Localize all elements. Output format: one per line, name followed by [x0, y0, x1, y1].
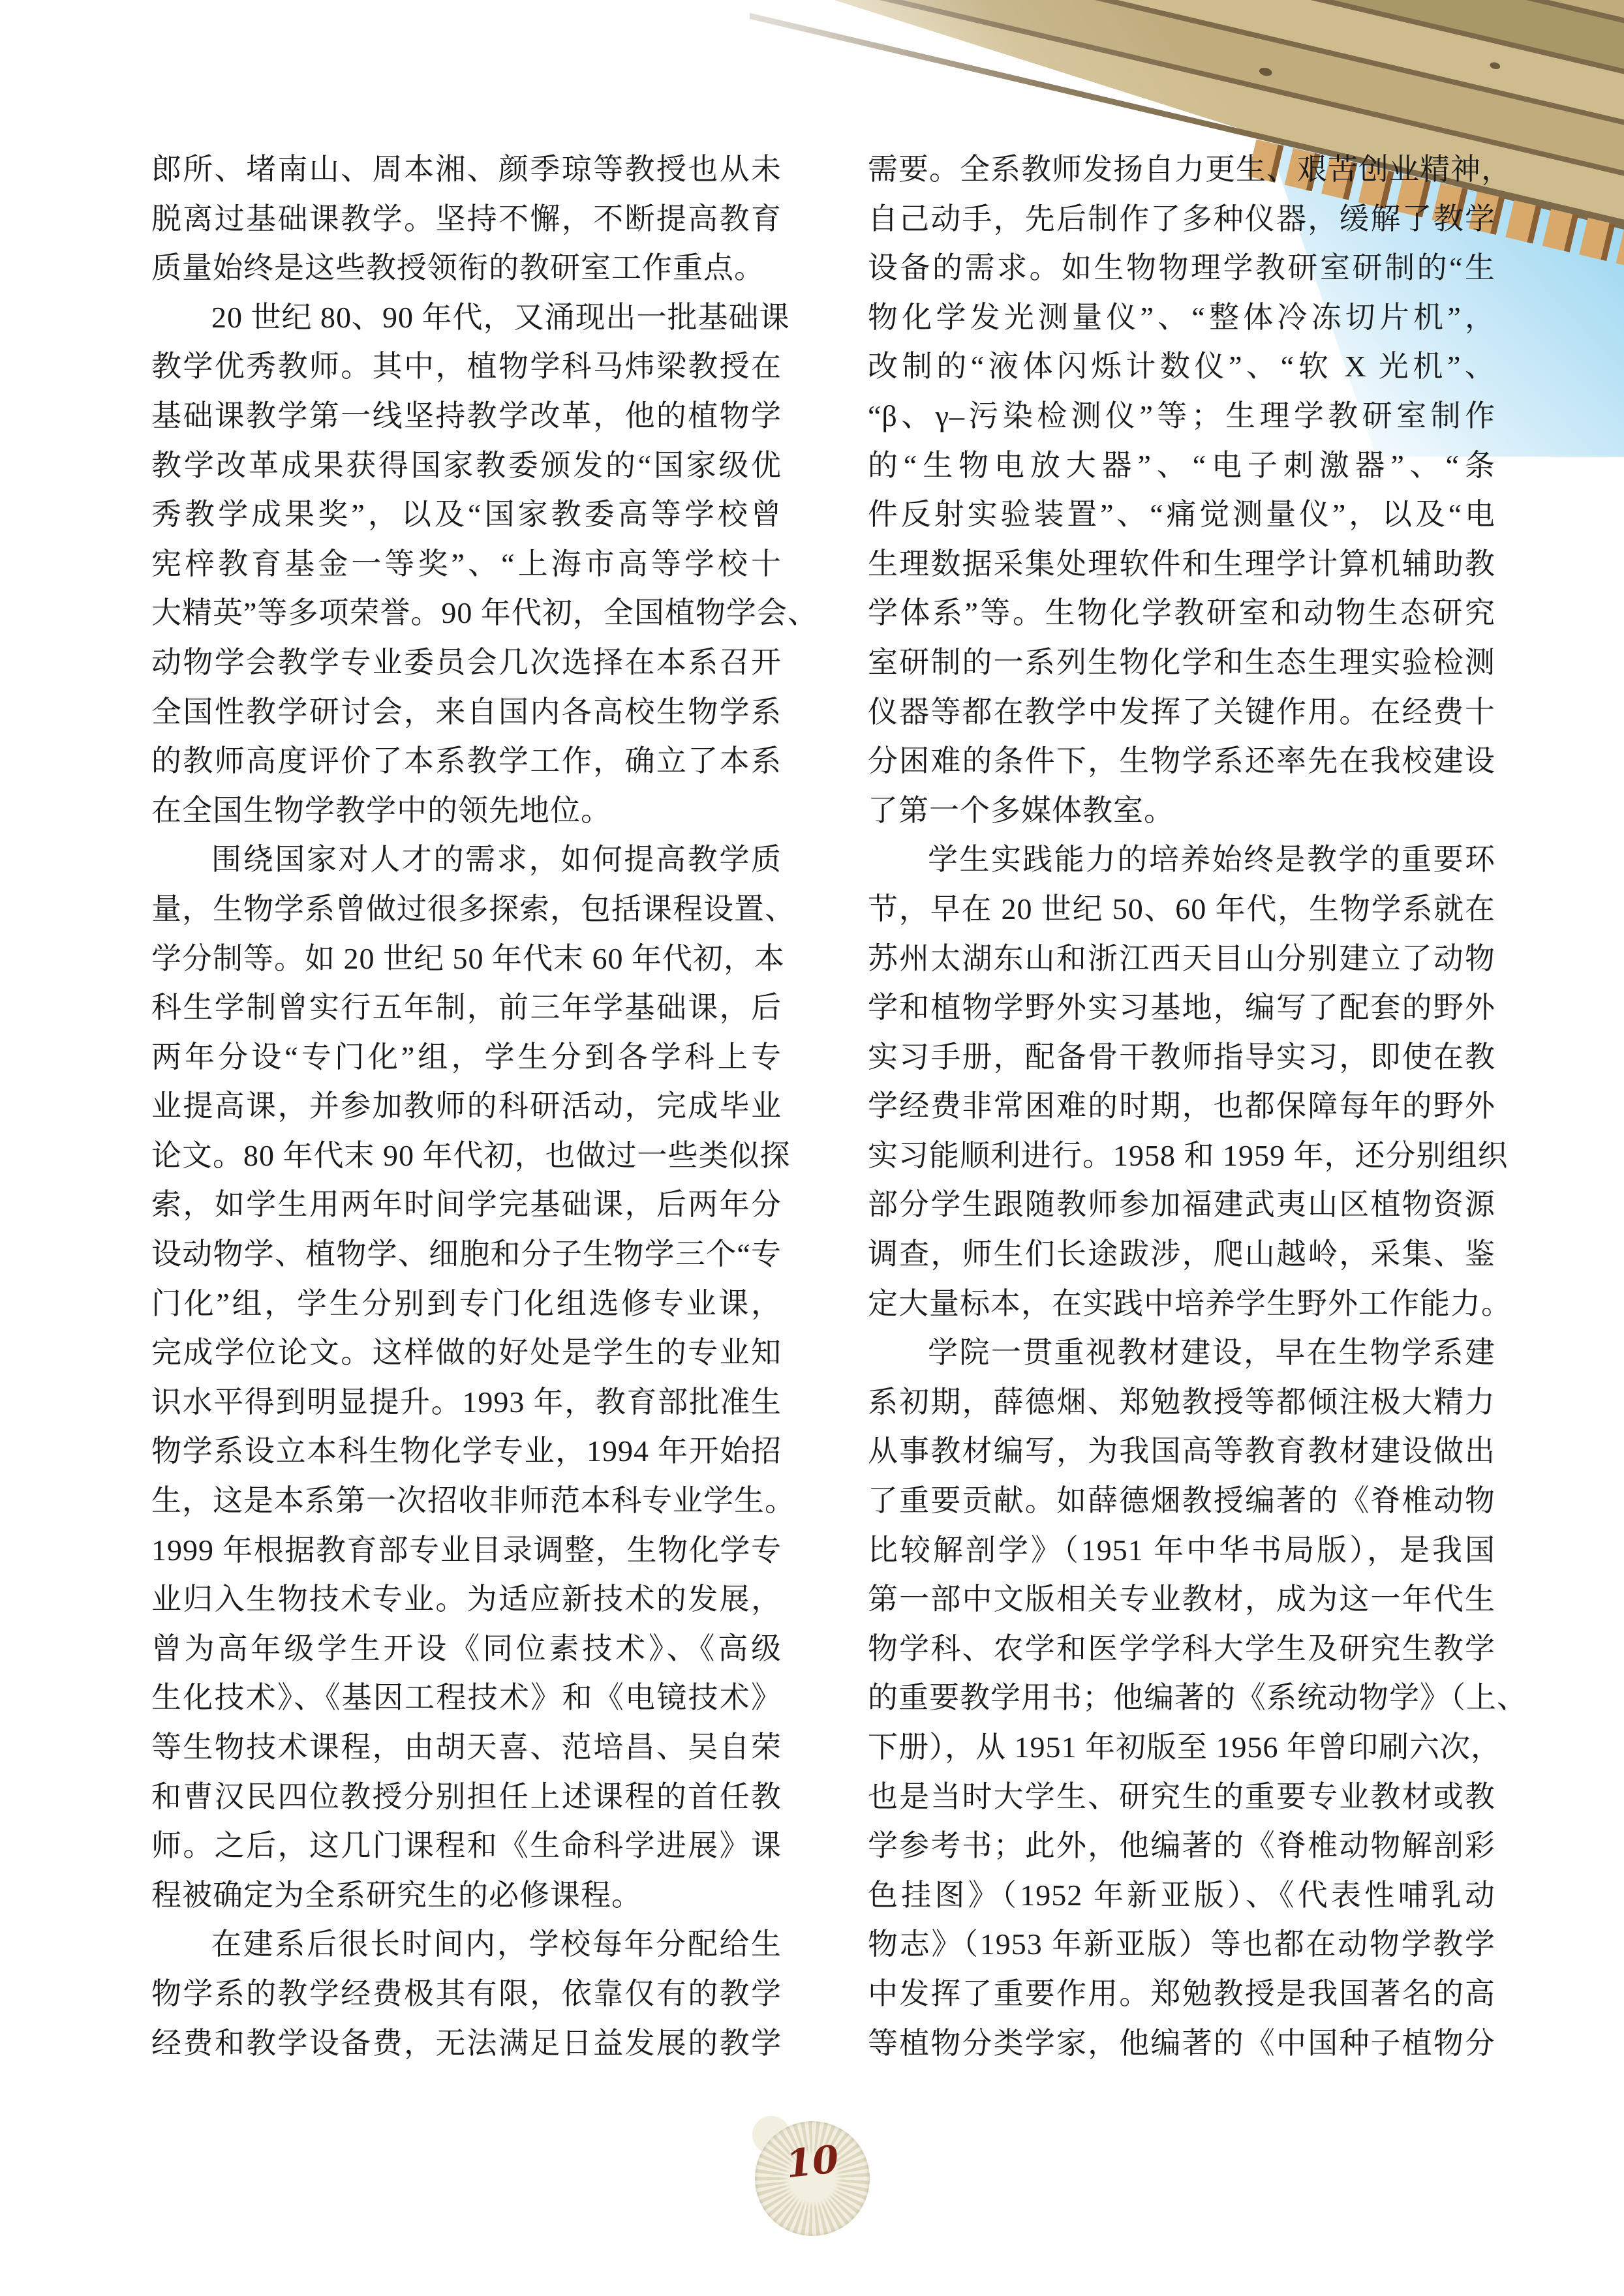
text-line: 学生实践能力的培养始终是教学的重要环: [868, 835, 1495, 884]
text-line: 系初期，薛德焑、郑勉教授等都倾注极大精力: [868, 1378, 1495, 1427]
text-line: 物志》（1953 年新亚版）等也都在动物学教学: [868, 1920, 1495, 1969]
text-line: 郎所、堵南山、周本湘、颜季琼等教授也从未: [151, 145, 782, 194]
text-line: 两年分设“专门化”组，学生分到各学科上专: [151, 1033, 782, 1082]
document-page: 郎所、堵南山、周本湘、颜季琼等教授也从未脱离过基础课教学。坚持不懈，不断提高教育…: [0, 0, 1624, 2296]
text-line: 部分学生跟随教师参加福建武夷山区植物资源: [868, 1180, 1495, 1230]
text-line: 从事教材编写，为我国高等教育教材建设做出: [868, 1427, 1495, 1476]
text-line: 实习能顺利进行。1958 和 1959 年，还分别组织: [868, 1131, 1495, 1181]
text-line: 自己动手，先后制作了多种仪器，缓解了教学: [868, 194, 1495, 244]
text-line: 了重要贡献。如薛德焑教授编著的《脊椎动物: [868, 1476, 1495, 1526]
text-line: 物学系的教学经费极其有限，依靠仅有的教学: [151, 1969, 782, 2019]
text-line: 学分制等。如 20 世纪 50 年代末 60 年代初，本: [151, 934, 782, 984]
text-line: 大精英”等多项荣誉。90 年代初，全国植物学会、: [151, 588, 782, 638]
text-column-right: 需要。全系教师发扬自力更生、艰苦创业精神，自己动手，先后制作了多种仪器，缓解了教…: [868, 145, 1495, 2068]
text-line: 物学系设立本科生物化学专业，1994 年开始招: [151, 1427, 782, 1476]
text-line: 教学改革成果获得国家教委颁发的“国家级优: [151, 441, 782, 491]
text-line: 物化学发光测量仪”、“整体冷冻切片机”，: [868, 293, 1495, 342]
text-line: 件反射实验装置”、“痛觉测量仪”，以及“电: [868, 490, 1495, 539]
text-line: 业提高课，并参加教师的科研活动，完成毕业: [151, 1081, 782, 1131]
text-column-left: 郎所、堵南山、周本湘、颜季琼等教授也从未脱离过基础课教学。坚持不懈，不断提高教育…: [151, 145, 782, 2068]
text-line: 了第一个多媒体教室。: [868, 786, 1495, 836]
text-line: 基础课教学第一线坚持教学改革，他的植物学: [151, 391, 782, 441]
text-line: 和曹汉民四位教授分别担任上述课程的首任教: [151, 1772, 782, 1822]
text-line: 经费和教学设备费，无法满足日益发展的教学: [151, 2019, 782, 2068]
text-line: 量，生物学系曾做过很多探索，包括课程设置、: [151, 884, 782, 934]
text-line: 20 世纪 80、90 年代，又涌现出一批基础课: [151, 293, 782, 342]
text-line: 节，早在 20 世纪 50、60 年代，生物学系就在: [868, 884, 1495, 934]
text-line: 学参考书；此外，他编著的《脊椎动物解剖彩: [868, 1821, 1495, 1871]
text-line: 在建系后很长时间内，学校每年分配给生: [151, 1920, 782, 1969]
text-line: 科生学制曾实行五年制，前三年学基础课，后: [151, 983, 782, 1033]
text-line: 门化”组，学生分别到专门化组选修专业课，: [151, 1279, 782, 1329]
text-line: 也是当时大学生、研究生的重要专业教材或教: [868, 1772, 1495, 1822]
text-line: 教学优秀教师。其中，植物学科马炜梁教授在: [151, 342, 782, 391]
text-line: 设备的需求。如生物物理学教研室研制的“生: [868, 243, 1495, 293]
text-line: 学经费非常困难的时期，也都保障每年的野外: [868, 1081, 1495, 1131]
text-line: 等生物技术课程，由胡天喜、范培昌、吴自荣: [151, 1723, 782, 1772]
text-line: 学和植物学野外实习基地，编写了配套的野外: [868, 983, 1495, 1033]
text-line: 中发挥了重要作用。郑勉教授是我国著名的高: [868, 1969, 1495, 2019]
text-line: 宪梓教育基金一等奖”、“上海市高等学校十: [151, 539, 782, 589]
text-line: 动物学会教学专业委员会几次选择在本系召开: [151, 638, 782, 687]
text-line: 设动物学、植物学、细胞和分子生物学三个“专: [151, 1230, 782, 1279]
text-line: 色挂图》（1952 年新亚版）、《代表性哺乳动: [868, 1871, 1495, 1920]
text-line: 识水平得到明显提升。1993 年，教育部批准生: [151, 1378, 782, 1427]
text-line: 改制的“液体闪烁计数仪”、“软 X 光机”、: [868, 342, 1495, 391]
text-line: 完成学位论文。这样做的好处是学生的专业知: [151, 1328, 782, 1378]
text-line: 调查，师生们长途跋涉，爬山越岭，采集、鉴: [868, 1230, 1495, 1279]
text-line: 1999 年根据教育部专业目录调整，生物化学专: [151, 1526, 782, 1575]
text-line: 比较解剖学》（1951 年中华书局版），是我国: [868, 1526, 1495, 1575]
text-line: 分困难的条件下，生物学系还率先在我校建设: [868, 736, 1495, 786]
text-line: 的重要教学用书；他编著的《系统动物学》（上、: [868, 1673, 1495, 1723]
text-line: 的“生物电放大器”、“电子刺激器”、“条: [868, 441, 1495, 491]
text-line: 物学科、农学和医学学科大学生及研究生教学: [868, 1624, 1495, 1674]
text-line: 脱离过基础课教学。坚持不懈，不断提高教育: [151, 194, 782, 244]
text-line: 等植物分类学家，他编著的《中国种子植物分: [868, 2019, 1495, 2068]
text-line: 质量始终是这些教授领衔的教研室工作重点。: [151, 243, 782, 293]
text-line: 的教师高度评价了本系教学工作，确立了本系: [151, 736, 782, 786]
text-line: “β、γ–污染检测仪”等；生理学教研室制作: [868, 391, 1495, 441]
text-line: 仪器等都在教学中发挥了关键作用。在经费十: [868, 687, 1495, 737]
text-line: 生化技术》、《基因工程技术》和《电镜技术》: [151, 1673, 782, 1723]
text-line: 生理数据采集处理软件和生理学计算机辅助教: [868, 539, 1495, 589]
text-line: 生，这是本系第一次招收非师范本科专业学生。: [151, 1476, 782, 1526]
text-line: 围绕国家对人才的需求，如何提高教学质: [151, 835, 782, 884]
text-line: 程被确定为全系研究生的必修课程。: [151, 1871, 782, 1920]
text-line: 论文。80 年代末 90 年代初，也做过一些类似探: [151, 1131, 782, 1181]
text-line: 师。之后，这几门课程和《生命科学进展》课: [151, 1821, 782, 1871]
text-line: 定大量标本，在实践中培养学生野外工作能力。: [868, 1279, 1495, 1329]
text-line: 曾为高年级学生开设《同位素技术》、《高级: [151, 1624, 782, 1674]
text-line: 索，如学生用两年时间学完基础课，后两年分: [151, 1180, 782, 1230]
text-line: 在全国生物学教学中的领先地位。: [151, 786, 782, 836]
text-line: 全国性教学研讨会，来自国内各高校生物学系: [151, 687, 782, 737]
text-line: 需要。全系教师发扬自力更生、艰苦创业精神，: [868, 145, 1495, 194]
text-line: 秀教学成果奖”，以及“国家教委高等学校曾: [151, 490, 782, 539]
text-line: 学体系”等。生物化学教研室和动物生态研究: [868, 588, 1495, 638]
text-line: 学院一贯重视教材建设，早在生物学系建: [868, 1328, 1495, 1378]
text-line: 第一部中文版相关专业教材，成为这一年代生: [868, 1575, 1495, 1624]
text-line: 实习手册，配备骨干教师指导实习，即使在教: [868, 1033, 1495, 1082]
text-line: 下册），从 1951 年初版至 1956 年曾印刷六次，: [868, 1723, 1495, 1772]
text-line: 室研制的一系列生物化学和生态生理实验检测: [868, 638, 1495, 687]
text-line: 业归入生物技术专业。为适应新技术的发展，: [151, 1575, 782, 1624]
text-line: 苏州太湖东山和浙江西天目山分别建立了动物: [868, 934, 1495, 984]
